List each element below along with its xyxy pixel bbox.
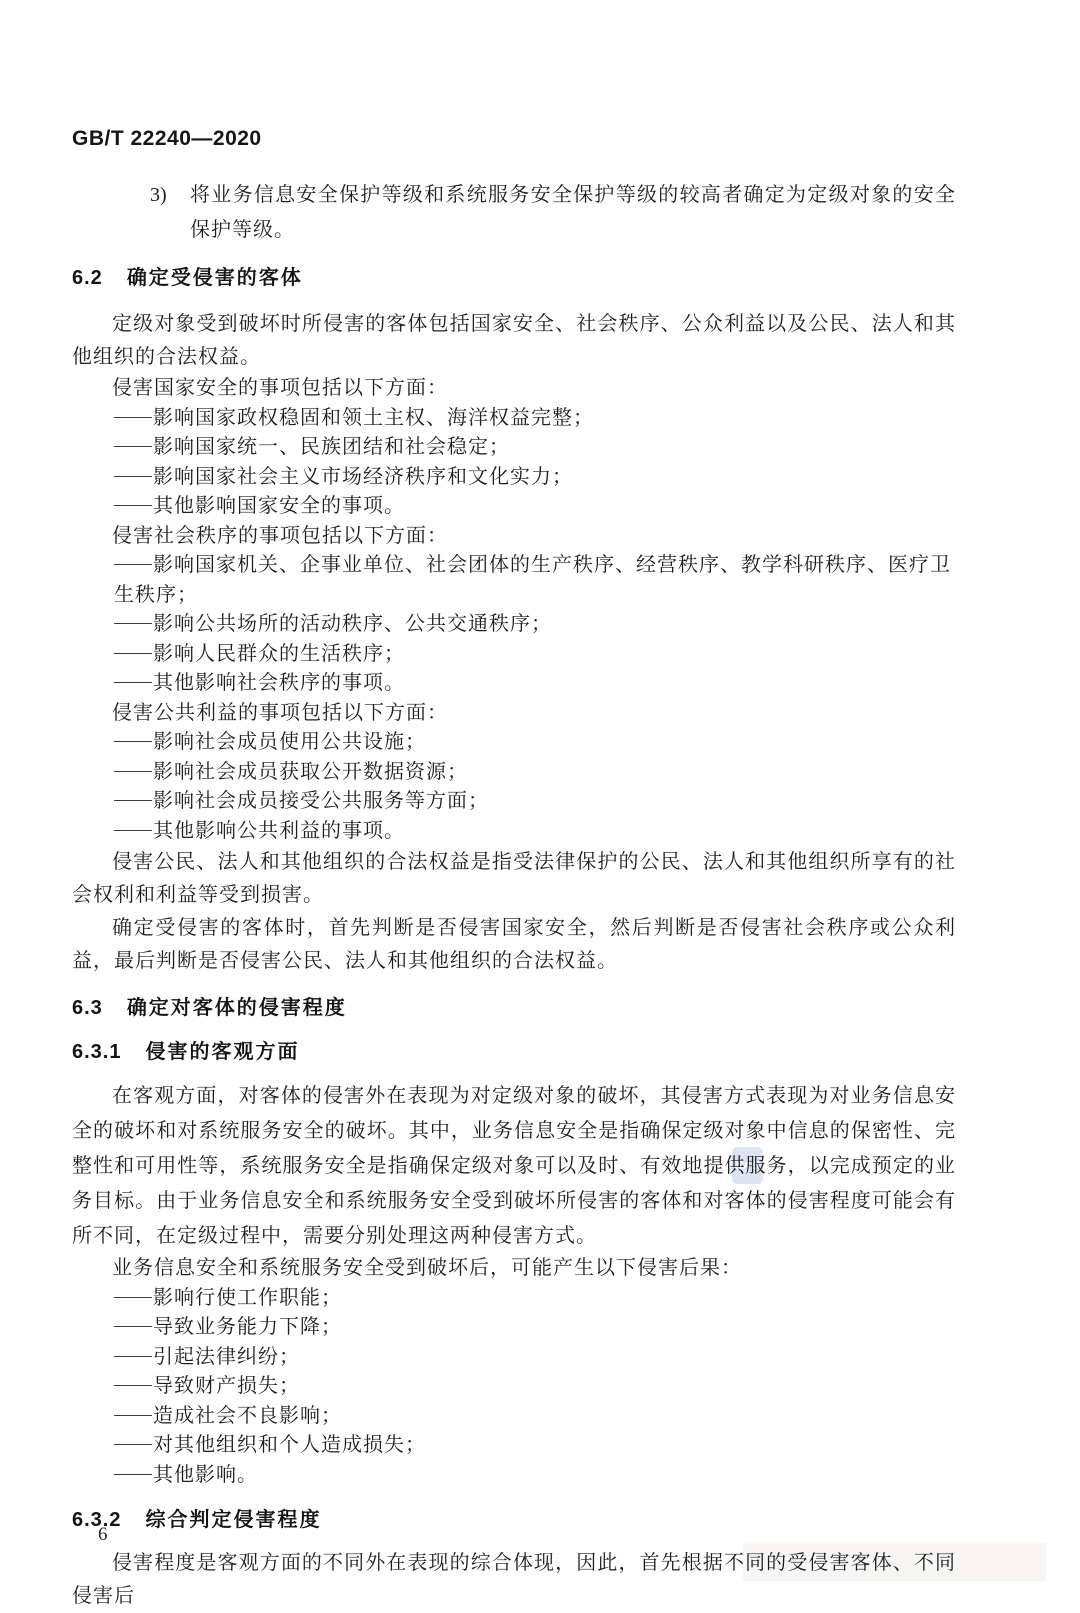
em-dash-bullet <box>114 830 152 831</box>
dash-list-item: 其他影响国家安全的事项。 <box>114 492 956 522</box>
paragraph: 侵害程度是客观方面的不同外在表现的综合体现，因此，首先根据不同的受侵害客体、不同… <box>72 1547 956 1613</box>
dash-list-item: 影响社会成员使用公共设施； <box>114 728 956 758</box>
em-dash-bullet <box>114 1415 152 1416</box>
em-dash-bullet <box>114 623 152 624</box>
em-dash-bullet <box>114 476 152 477</box>
dash-item-text: 影响行使工作职能； <box>153 1287 342 1309</box>
em-dash-bullet <box>114 446 152 447</box>
paragraph: 侵害公共利益的事项包括以下方面： <box>72 699 956 729</box>
section-number: 6.3.1 <box>72 1041 121 1063</box>
dash-list-item: 影响社会成员获取公开数据资源； <box>114 758 956 788</box>
numbered-clause-item: 3)将业务信息安全保护等级和系统服务安全保护等级的较高者确定为定级对象的安全保护… <box>150 178 956 248</box>
dash-item-text: 影响国家机关、企事业单位、社会团体的生产秩序、经营秩序、教学科研秩序、医疗卫生秩… <box>114 554 951 606</box>
section-heading-6.3.2: 6.3.2综合判定侵害程度 <box>72 1506 956 1534</box>
clause-text: 将业务信息安全保护等级和系统服务安全保护等级的较高者确定为定级对象的安全保护等级… <box>190 178 956 248</box>
em-dash-bullet <box>114 1444 152 1445</box>
dash-list-item: 对其他组织和个人造成损失； <box>114 1431 956 1461</box>
document-page: SAC GB/T 22240—2020 3)将业务信息安全保护等级和系统服务安全… <box>0 0 1080 1613</box>
dash-item-text: 影响社会成员获取公开数据资源； <box>153 761 468 783</box>
em-dash-bullet <box>114 564 152 565</box>
dash-list-item: 其他影响。 <box>114 1461 956 1491</box>
standard-number-header: GB/T 22240—2020 <box>72 126 956 152</box>
dash-list-item: 影响公共场所的活动秩序、公共交通秩序； <box>114 610 956 640</box>
em-dash-bullet <box>114 771 152 772</box>
section-number: 6.3 <box>72 997 103 1019</box>
dash-item-text: 其他影响国家安全的事项。 <box>153 495 405 517</box>
dash-list-item: 导致业务能力下降； <box>114 1313 956 1343</box>
document-body: 3)将业务信息安全保护等级和系统服务安全保护等级的较高者确定为定级对象的安全保护… <box>72 178 956 1613</box>
dash-list-item: 影响社会成员接受公共服务等方面； <box>114 787 956 817</box>
page-number: 6 <box>98 1524 108 1546</box>
paragraph: 确定受侵害的客体时，首先判断是否侵害国家安全，然后判断是否侵害社会秩序或公众利益… <box>72 912 956 978</box>
dash-list-item: 影响国家政权稳固和领土主权、海洋权益完整； <box>114 404 956 434</box>
dash-list-item: 其他影响社会秩序的事项。 <box>114 669 956 699</box>
paragraph: 业务信息安全和系统服务安全受到破坏后，可能产生以下侵害后果： <box>72 1254 956 1284</box>
paragraph: 定级对象受到破坏时所侵害的客体包括国家安全、社会秩序、公众利益以及公民、法人和其… <box>72 308 956 374</box>
section-title: 确定对客体的侵害程度 <box>127 997 347 1019</box>
dash-list-item: 其他影响公共利益的事项。 <box>114 817 956 847</box>
paragraph: 在客观方面，对客体的侵害外在表现为对定级对象的破坏，其侵害方式表现为对业务信息安… <box>72 1079 956 1254</box>
section-number: 6.2 <box>72 267 103 289</box>
section-number: 6.3.2 <box>72 1509 121 1531</box>
paragraph: 侵害公民、法人和其他组织的合法权益是指受法律保护的公民、法人和其他组织所享有的社… <box>72 846 956 912</box>
em-dash-bullet <box>114 417 152 418</box>
section-heading-6.3.1: 6.3.1侵害的客观方面 <box>72 1038 956 1066</box>
em-dash-bullet <box>114 1474 152 1475</box>
dash-list-item: 造成社会不良影响； <box>114 1402 956 1432</box>
em-dash-bullet <box>114 1326 152 1327</box>
dash-item-text: 其他影响。 <box>153 1464 258 1486</box>
section-title: 综合判定侵害程度 <box>145 1509 321 1531</box>
em-dash-bullet <box>114 1385 152 1386</box>
em-dash-bullet <box>114 800 152 801</box>
section-title: 侵害的客观方面 <box>145 1041 299 1063</box>
dash-item-text: 影响国家政权稳固和领土主权、海洋权益完整； <box>153 407 594 429</box>
em-dash-bullet <box>114 505 152 506</box>
dash-item-text: 导致业务能力下降； <box>153 1316 342 1338</box>
dash-item-text: 影响社会成员接受公共服务等方面； <box>153 790 489 812</box>
dash-item-text: 影响公共场所的活动秩序、公共交通秩序； <box>153 613 552 635</box>
em-dash-bullet <box>114 741 152 742</box>
em-dash-bullet <box>114 1297 152 1298</box>
dash-list-item: 影响行使工作职能； <box>114 1284 956 1314</box>
section-heading-6.3: 6.3确定对客体的侵害程度 <box>72 994 956 1022</box>
section-heading-6.2: 6.2确定受侵害的客体 <box>72 264 956 292</box>
em-dash-bullet <box>114 1356 152 1357</box>
dash-list-item: 引起法律纠纷； <box>114 1343 956 1373</box>
dash-item-text: 其他影响公共利益的事项。 <box>153 820 405 842</box>
dash-item-text: 对其他组织和个人造成损失； <box>153 1434 426 1456</box>
dash-list-item: 导致财产损失； <box>114 1372 956 1402</box>
dash-list-item: 影响国家社会主义市场经济秩序和文化实力； <box>114 463 956 493</box>
dash-list-item: 影响人民群众的生活秩序； <box>114 640 956 670</box>
dash-item-text: 影响国家社会主义市场经济秩序和文化实力； <box>153 466 573 488</box>
dash-list-item: 影响国家统一、民族团结和社会稳定； <box>114 433 956 463</box>
dash-item-text: 影响国家统一、民族团结和社会稳定； <box>153 436 510 458</box>
dash-item-text: 其他影响社会秩序的事项。 <box>153 672 405 694</box>
dash-item-text: 引起法律纠纷； <box>153 1346 300 1368</box>
em-dash-bullet <box>114 653 152 654</box>
document-content: GB/T 22240—2020 3)将业务信息安全保护等级和系统服务安全保护等级… <box>0 0 1080 1613</box>
paragraph: 侵害社会秩序的事项包括以下方面： <box>72 522 956 552</box>
clause-number: 3) <box>150 178 190 248</box>
dash-item-text: 导致财产损失； <box>153 1375 300 1397</box>
dash-item-text: 造成社会不良影响； <box>153 1405 342 1427</box>
dash-item-text: 影响人民群众的生活秩序； <box>153 643 405 665</box>
dash-item-text: 影响社会成员使用公共设施； <box>153 731 426 753</box>
section-title: 确定受侵害的客体 <box>127 267 303 289</box>
paragraph: 侵害国家安全的事项包括以下方面： <box>72 374 956 404</box>
em-dash-bullet <box>114 682 152 683</box>
dash-list-item: 影响国家机关、企事业单位、社会团体的生产秩序、经营秩序、教学科研秩序、医疗卫生秩… <box>114 551 956 610</box>
